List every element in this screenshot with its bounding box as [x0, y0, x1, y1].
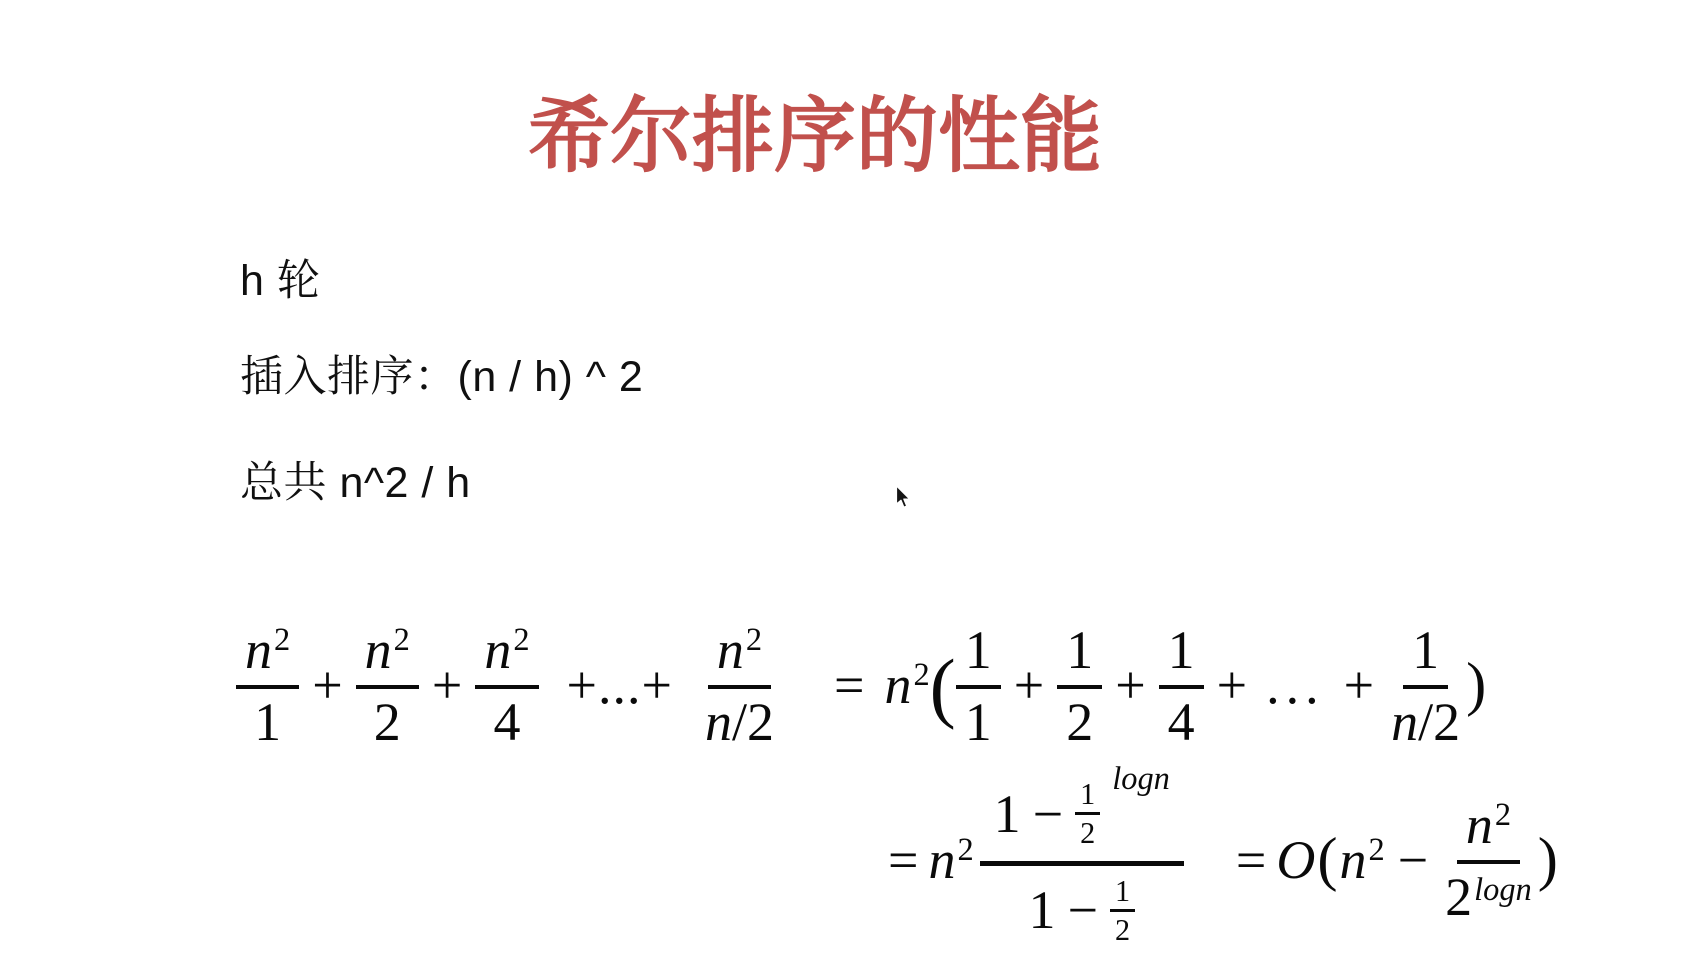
numerator: n2 [708, 621, 771, 689]
number-1: 1 [994, 787, 1021, 841]
numerator: 1 [1159, 621, 1204, 689]
var-n: n [717, 620, 744, 680]
plus-operator: + [1344, 658, 1374, 712]
var-n: n [1391, 692, 1418, 752]
plus-operator: + [1115, 658, 1145, 712]
minus-operator: − [1398, 833, 1428, 887]
exponent-2: 2 [513, 622, 529, 658]
denominator: 2 [1062, 689, 1097, 749]
denominator: 4 [1164, 689, 1199, 749]
fraction-1-over-2: 1 2 [1110, 876, 1135, 945]
fraction-n2-over-2-logn: n2 2logn [1441, 796, 1536, 924]
slash-2: /2 [1418, 692, 1460, 752]
equals-sign: = [888, 833, 918, 887]
fraction-1-over-4: 1 4 [1159, 621, 1204, 749]
exponent-logn: logn [1112, 763, 1170, 795]
denominator: 2logn [1441, 864, 1536, 924]
coefficient-n-squared: n2 [928, 833, 973, 887]
plus-operator: + [432, 658, 462, 712]
ellipsis: ... [1266, 658, 1325, 712]
denominator: 1 [961, 689, 996, 749]
exponent-logn: logn [1474, 872, 1532, 908]
minus-operator: − [1067, 883, 1097, 937]
numerator: 1 [956, 621, 1001, 689]
denominator: n/2 [701, 689, 778, 749]
denominator: 1 − 1 2 [1024, 866, 1139, 945]
var-n: n [1466, 795, 1493, 855]
var-n: n [365, 620, 392, 680]
arrow-cursor-icon [895, 485, 911, 509]
exponent-2: 2 [913, 657, 929, 693]
var-n: n [245, 620, 272, 680]
exponent-2: 2 [1368, 832, 1384, 868]
slash-2: /2 [732, 692, 774, 752]
exponent-2: 2 [746, 622, 762, 658]
equals-sign: = [1236, 833, 1266, 887]
numerator: n2 [1457, 796, 1520, 864]
equation-geometric-result-line: = n2 1 − 1 2 logn 1 − 1 2 = [888, 750, 1560, 962]
numerator: n2 [475, 621, 538, 689]
var-n: n [928, 830, 955, 890]
exponent-2: 2 [394, 622, 410, 658]
note-rounds: h 轮 [240, 260, 320, 303]
numerator: 1 [1057, 621, 1102, 689]
fraction-1-over-2: 1 2 [1075, 779, 1100, 848]
equals-sign: = [834, 658, 864, 712]
exponent-2: 2 [1495, 797, 1511, 833]
plus-operator: + [1217, 658, 1247, 712]
fraction-n2-over-4: n2 4 [475, 621, 538, 749]
exponent-2: 2 [957, 832, 973, 868]
plus-operator: + [312, 658, 342, 712]
slide-title: 希尔排序的性能 [528, 88, 1102, 186]
denominator: 2 [1115, 912, 1130, 945]
big-o-symbol: O [1276, 833, 1315, 887]
var-n: n [705, 692, 732, 752]
var-n: n [484, 620, 511, 680]
numerator: n2 [356, 621, 419, 689]
denominator: 4 [489, 689, 524, 749]
fraction-n2-over-2: n2 2 [356, 621, 419, 749]
numerator: 1 [1403, 621, 1448, 689]
plus-operator: + [1014, 658, 1044, 712]
var-n: n [1339, 830, 1366, 890]
numerator: 1 − 1 2 logn [980, 775, 1184, 865]
plus-ellipsis-plus-operator: +...+ [567, 658, 673, 712]
fraction-1-over-n-half: 1 n/2 [1387, 621, 1464, 749]
note-total-cost: 总共 n^2 / h [240, 462, 471, 505]
denominator: 2 [370, 689, 405, 749]
numerator: 1 [1075, 779, 1100, 815]
number-2: 2 [1445, 867, 1472, 927]
fraction-1-over-2: 1 2 [1057, 621, 1102, 749]
fraction-n2-over-1: n2 1 [236, 621, 299, 749]
var-n: n [884, 655, 911, 715]
minus-operator: − [1033, 787, 1063, 841]
denominator: n/2 [1387, 689, 1464, 749]
coefficient-n-squared: n2 [884, 658, 929, 712]
fraction-1-over-1: 1 1 [956, 621, 1001, 749]
exponent-2: 2 [274, 622, 290, 658]
denominator: 1 [250, 689, 285, 749]
mouse-cursor-icon [895, 485, 911, 514]
note-insertion-sort-cost: 插入排序：(n / h) ^ 2 [240, 356, 643, 399]
numerator: n2 [236, 621, 299, 689]
numerator: 1 [1110, 876, 1135, 912]
geometric-series-fraction: 1 − 1 2 logn 1 − 1 2 [980, 775, 1184, 945]
fraction-n2-over-n-half: n2 n/2 [701, 621, 778, 749]
number-1: 1 [1028, 883, 1055, 937]
term-n-squared: n2 [1339, 833, 1384, 887]
denominator: 2 [1080, 815, 1095, 848]
